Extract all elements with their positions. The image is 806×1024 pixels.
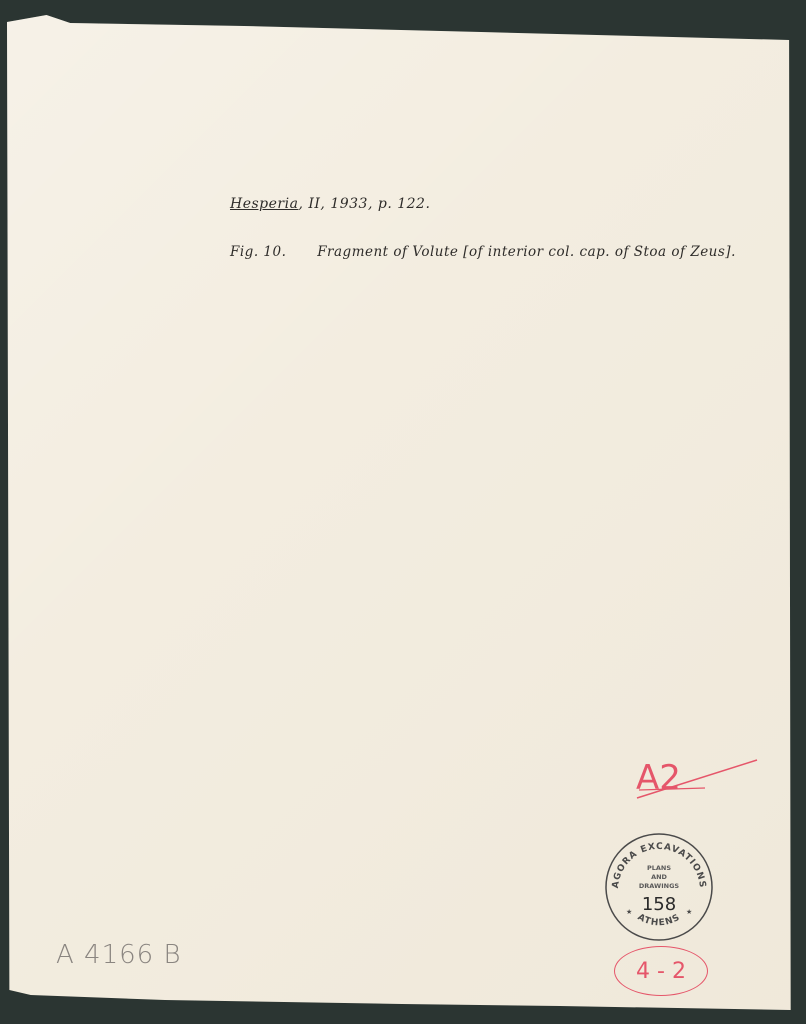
figure-number: Fig. 10. — [230, 244, 286, 260]
caption-text: Fragment of Volute [of interior col. cap… — [317, 244, 736, 260]
star-icon: ★ — [626, 908, 632, 916]
star-icon: ★ — [686, 908, 692, 916]
red-circled-label: 4 - 2 — [614, 946, 708, 996]
journal-volume: II — [308, 196, 320, 212]
stamp-line-1: PLANS — [647, 864, 671, 872]
stamp-number: 158 — [642, 894, 676, 915]
pencil-inventory-number: A 4166 B — [56, 940, 182, 970]
caption-line: Fig. 10. Fragment of Volute [of interior… — [230, 244, 736, 260]
citation-line: Hesperia, II, 1933, p. 122. — [230, 196, 430, 212]
journal-year: 1933 — [330, 196, 368, 212]
journal-title: Hesperia — [230, 196, 298, 212]
journal-page: p. 122 — [378, 196, 426, 212]
agora-excavations-stamp: AGORA EXCAVATIONS ATHENS PLANS AND DRAWI… — [604, 832, 714, 942]
stamp-line-3: DRAWINGS — [639, 882, 680, 890]
stamp-line-2: AND — [651, 873, 667, 881]
red-circled-text: 4 - 2 — [636, 959, 686, 984]
strike-through-icon — [635, 758, 760, 818]
